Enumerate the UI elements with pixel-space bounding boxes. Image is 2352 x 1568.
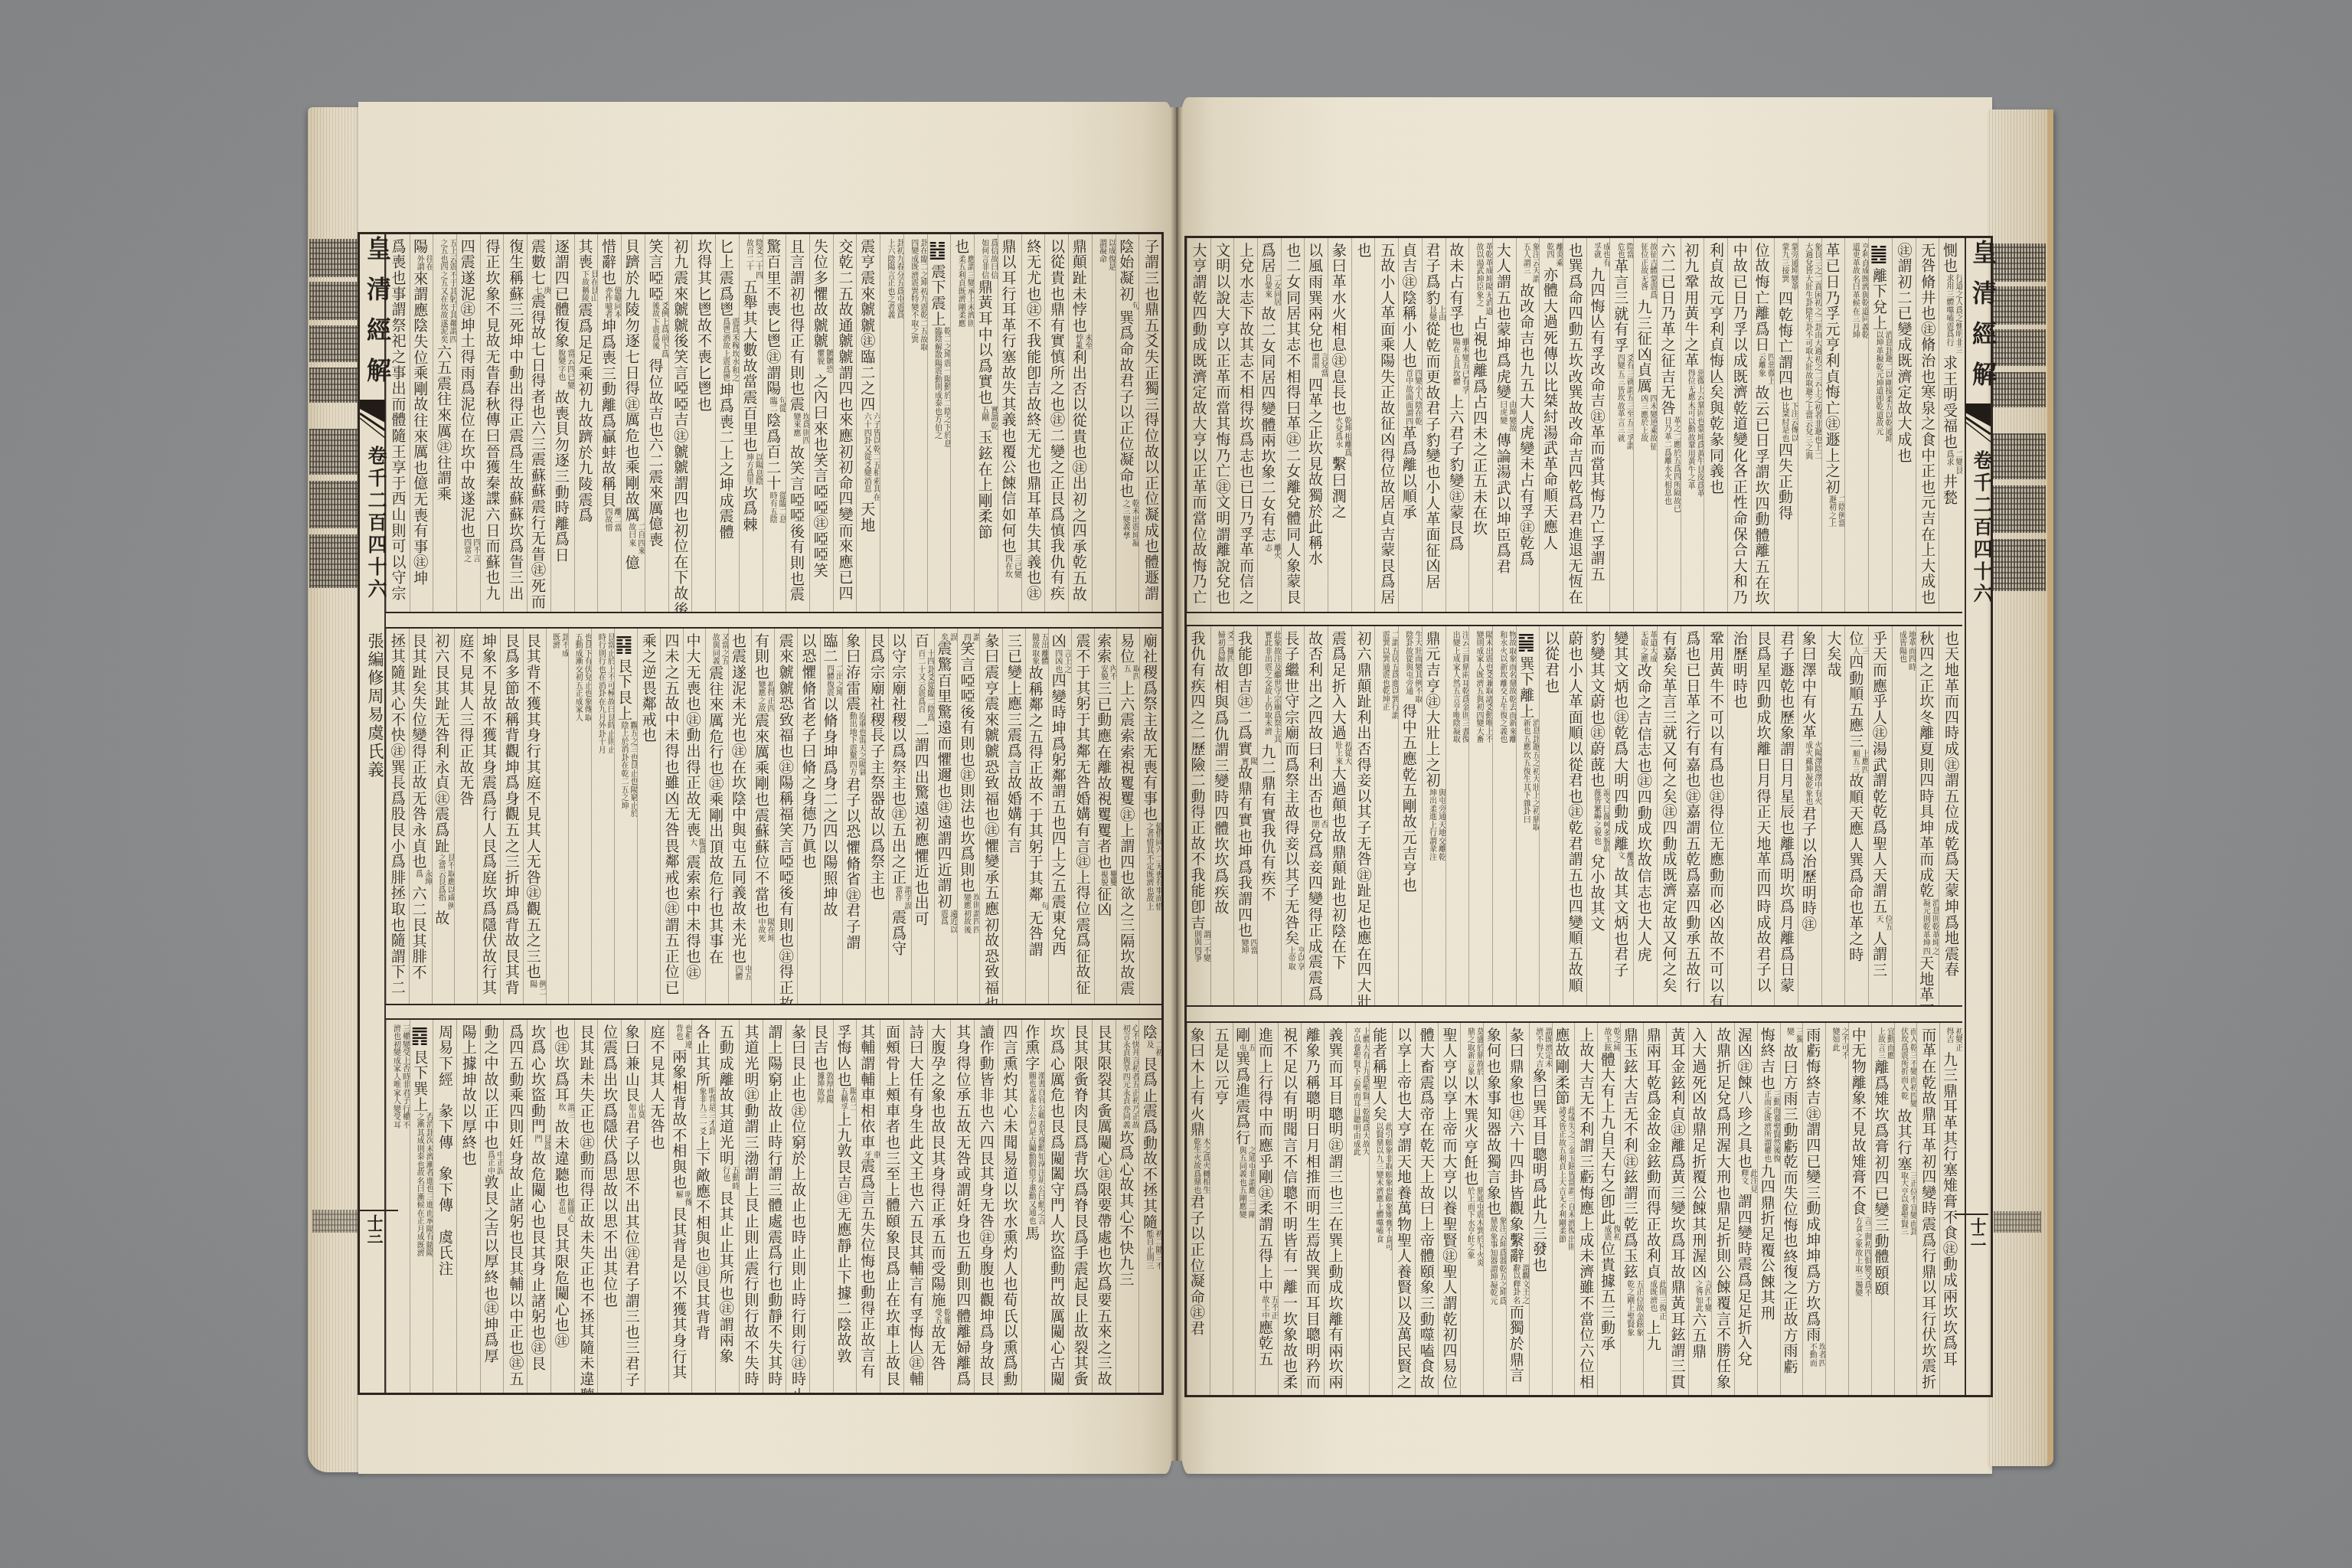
text-column: 惻也行道之人爲之惻明非三求用三體噬嗑震爲行求王明受福也二變艮爲求井甃 [1939,238,1962,612]
text-column: 蔚也小人革面順以從君也㊟乾君謂五也四變順五故順 [1563,626,1586,1005]
annotation-note: 又當之五故與同義 [710,633,728,665]
annotation-note: 明傳解 [673,1191,691,1207]
annotation-note: 言上之四凶也 [1053,649,1071,674]
annotation-note: 觀五之三也艮止也陽窮止於陰上於消卦在乾二五之坤 [619,721,637,818]
annotation-note: 也艮下有伏兌止也象傳取五動成漸交初五正成家人 [573,633,591,723]
annotation-note: 謂三坎 [556,1103,574,1119]
text-column: 貝躋於九陵勿逐七日得㊟厲危也乘剛故厲二自四來故曰來億 [621,234,645,612]
annotation-note: 言兌當謂雨 [1309,353,1328,377]
fore-edge-title-print [309,429,358,475]
fish-tail-mark-icon [1965,403,1991,445]
annotation-note: 車牙 [861,1151,880,1159]
annotation-note: 此象故注及繼世守宗廟爲祭主其實此非出震之交故上仍取未濟 [1263,631,1281,744]
fore-edge-title-print [309,325,358,362]
annotation-note: 趾腓心者也 [556,1198,574,1223]
text-column: 上兌水志下故其志不相得坎爲志也已日乃孚革而信之 [1233,238,1257,612]
text-column: 以從君也 [1539,626,1563,1005]
text-column: 艮爲星四動成坎離日月得正天地革而四時成故君子以 [1751,626,1775,1005]
text-column: 象艮三之二賁困初之二卦由大過初之二云上之初者非遯也上二大過兌皆大壯生卦陰生卦不可… [1798,238,1821,612]
text-column: 謂上陽窮止故止時行謂三體處震爲行也動靜不失其時 [763,1020,786,1393]
text-column: 讀作動皆非也六四艮其身无咎㊟身腹也觀坤爲身故艮 [974,1020,998,1393]
text-column: 利貞故元亨利貞悔亾矣與乾彖同義也 [1704,238,1727,612]
text-column: 陰始凝初句巽爲命故君子以正位凝命也乾未出震坤凝之三變義孳 [1116,234,1139,612]
text-column: 進而上行得中而應乎剛㊟柔謂五得上中五不正故上中應乾五 [1255,1023,1278,1395]
text-column: 也㊟坎爲耳謂三坎故未違聽也趾腓心者也艮其限危闚心也㊟ [550,1020,574,1393]
text-column: ䷱巽下離上消息卦遯五之初大壯上之初鼎取新也五應坎五復生其下雜卦曰 [1516,626,1540,1005]
text-column: 初六鼎顛趾利出否得妾以其子无咎㊟趾足也應在四大壯 [1351,626,1375,1005]
text-column: 蒙旁通坤變革蒙九三接巽四乾悔亡謂四也下注云傳以比桀紂是也四失正動得 [1774,238,1798,612]
hexagram-symbol-icon: ䷳ [614,633,635,658]
text-column: 治歷明時也 [1727,626,1751,1005]
annotation-note: 例二陽 [528,980,546,996]
annotation-note: 句 [1030,902,1048,910]
annotation-note: 象艮三之二賁困初之二卦由大過初之二云上之初者非遯也上二大過兌皆大壯生卦陰生卦不可… [1803,243,1821,462]
annotation-note: 當云四已變脫變字也 [556,349,574,390]
text-column: 離象乃稱聰明日月相推而明生焉故巽而耳目聰明矜而 [1301,1023,1324,1395]
text-column: 也 [1351,238,1375,612]
text-column: 中无物離象不見故雉膏不食言三與初四俱變又爲不方食之象故上取三獨變 [1848,1023,1871,1395]
annotation-note: 心不快并言初者五正初乃正故初言永貞與萃四元永貞亦同義 [1120,1024,1138,1130]
annotation-note: 否消卦次未濟漸者進也三進而承陽有隨陽之漸其成則泰也故名曰漸候在正月成既濟 [414,1112,433,1259]
text-column: 離炎乘乾四亦體大過死傳以比桀紂湯武革命順天應人 [1539,238,1563,612]
text-column: 謂既濟定未濟不得大吉象曰巽耳目聰明爲此九三發也 [1529,1023,1552,1395]
text-column: 而革在乾故鼎耳革初四變時震爲行鼎以耳行伏坎震折 [1916,1023,1939,1395]
text-column: 六二已日乃革之征吉无咎革之二應於五爲四所隔故已日乃革二爲離水火相息也 [1657,238,1681,612]
annotation-note: 陽實 [1239,757,1257,766]
text-column: 革乾革成坤陽无消道故以湯武坤臣象之占視也離爲占四未之正五未在坎 [1468,238,1492,612]
hexagram-symbol-icon: ䷴ [410,1024,432,1050]
text-column: 卦初九春分五爲屯震爲上六陰陽言正也之者義 [880,234,903,612]
annotation-note: 言三與初四俱變又爲不方食之象故上取三獨變 [1853,1217,1871,1298]
text-column: 初九鞏用黃牛之革惡微上云鞏固也蒙坤爲黃牛艮皮爲革得位无應未可以動故鞏用黃牛之革 [1681,238,1704,612]
left-bottom-register: 陰二初及艮爲止震爲動故不拯其隨初二隨三不能自止則三心不快并言初者五正初乃正故初言… [386,1018,1162,1393]
annotation-note: 三人 [1850,647,1868,655]
annotation-note: 亨以享上帝取 [1285,946,1304,971]
page-number: 十三 [363,1214,386,1242]
text-column: 乾之純故玉鉉體大有上九自天右之卽此復初成震位貴據五三動承 [1597,1023,1620,1395]
text-column: 驚百里不喪匕鬯㊟謂陽句從臨二陰爲百二十從臨二息時有五陰 [763,234,786,612]
text-column: 成也有孚就九四悔亾有孚改命吉㊟革而當其悔乃亡孚謂五 [1586,238,1610,612]
fore-edge-title-print [1992,433,2046,479]
fore-edge-title-print [309,481,358,528]
text-column: 象曰洊雷震洊重也雷天之陽氣動出地下震驚四方君子以恐懼脩省㊟君子謂 [842,629,865,1004]
text-column: 又當之五故與同義震往來厲危行也㊟乘剛出頂故危行也其事在 [705,629,728,1004]
fish-tail-mark-icon [360,400,385,441]
text-column: 黃耳金鉉利貞㊟離爲黃三變坎爲耳故鼎黃耳鉉謂三貫 [1666,1023,1689,1395]
text-column: 雨虧悔終吉㊟謂四已變三動成坤坤爲方坎爲雨坎者四不動而 [1802,1023,1825,1395]
text-column: 其喪貝在艮山下故稱陵震爲足足乘初九故躋於九陵震爲 [574,234,598,612]
text-column: 聖人亨以享上帝而大亨以養聖賢㊟聖人謂乾初四易位 [1438,1023,1461,1395]
text-column: 三權變受上否時非君子行權不濟也初變成家人唯家人變受耳 [386,1020,410,1393]
annotation-note: 二變艮爲求 [1944,450,1962,475]
annotation-note: 上由艮變 [1427,305,1445,322]
text-column: 四未之五故中未得也雖凶无咎畏鄰戒也㊟謂五正位已 [660,629,683,1004]
annotation-note: 木之爲火轉相生乾生火故爲鼎也 [1191,1138,1210,1194]
text-column: 其輔謂輔車相依車車牙震爲言五失位悔也動得正故言有 [856,1020,880,1393]
text-column: 亨利貞成既濟與乾道同義乾道更革故名曰革候在三月坤 [1844,238,1868,612]
annotation-note: 宜動而應上故言三 [1876,1027,1894,1060]
fore-edge-title-print [1992,485,2046,533]
text-column: 誤矣震驚百里驚遠而懼邇也㊟遠謂四近謂初遠近以震爲 [934,629,957,1004]
annotation-note: 此則三復正成既濟也 [1648,1280,1666,1321]
text-column: 大矣哉 [1821,626,1845,1005]
text-column: 能者稱聖人矣此引頤象非取頤象也頤象雉膏不食可以賢鼎以九三變未濟應上體噬嗑食 [1369,1023,1392,1395]
annotation-note: 五出離體隨故取象 [1030,633,1048,665]
text-column: 卦在臨二之坤初九震乾二五故取四變成既濟震巽特變不取之巽 [903,234,927,612]
text-column: 坤象不見故不獲其身震爲行人艮爲庭坎爲隱伏故行其 [477,629,500,1004]
annotation-note: 誤矣 [939,633,957,642]
annotation-note: 二初及 [1144,1040,1162,1057]
text-column: 以從貴也鼎有實慎所之也㊟二變之正艮爲慎我仇有疾 [1044,234,1068,612]
text-column: 鼎顛趾未悖也未至悖亂利出否以從貴也㊟出初之四承乾五故 [1068,234,1092,612]
text-column: 其身得位承五故无咎或謂妊身也五動則四體離婦離爲 [950,1020,974,1393]
text-column: 爲喪也事謂祭祀之事出而體隨王享于西山則可以守宗 [386,234,410,612]
annotation-note: 三正位不宜變而卦取大亨以養聖賢三 [1898,1171,1916,1236]
text-column: 我能卽吉㊟二爲實陽實故鼎有實也坤爲我謂四也四當變坤 [1233,626,1257,1005]
annotation-note: 洊重也雷天之陽氣動出地下震驚四方 [847,712,865,777]
text-column: 地革而四時成皆陽也 [1892,626,1916,1005]
text-column: 坎得其匕鬯故不喪匕鬯也 [691,234,715,612]
text-column: 鼎兩耳乾爲金故金鉉動而得正故利貞此則三復正成既濟也上九 [1643,1023,1666,1395]
gutter-fold [1171,107,1183,1461]
text-column: 五是以元亨 [1210,1023,1233,1395]
text-column: 震不于其躬于其鄰无咎婚媾有言㊟上得位震爲征故征 [1071,629,1094,1004]
text-column: ䷲震下震上乾二之坤震一陽動於二陰之下於息臨陰解散陽震動則成泰也方伯之 [927,234,951,612]
text-column: 震亨震來虩虩㊟臨二之四六子皆以乾二五相索其在六十四卦又從爻變消息天地 [856,234,880,612]
annotation-note: 三已變四在坎 [1003,554,1021,579]
right-middle-register: 也天地革而四時成㊟謂五位成乾爲天蒙坤爲地震春秋四之正坎冬離夏則四時具坤革而成乾消… [1187,625,1962,1007]
text-column: 生大壯而變其例不取陰卦故從與屯旁通得中五應乾五剛故元吉亨也 [1398,626,1422,1005]
text-column: 也巽爲命四動五坎改巽故改命吉四乾爲君進退无恆在 [1563,238,1586,612]
annotation-note: 乾未出震坤凝之三變義孳 [1120,499,1138,548]
annotation-note: 屯五四體 [733,965,751,981]
annotation-note: 下注云傳以比桀紂是也 [1779,402,1798,443]
annotation-note: 與屯旁通天地交離乾坤出柔進上行謂彖注 [1427,789,1445,861]
text-column: 彖曰艮止也㊟位窮於上故止也時止則止時行則行㊟時止 [786,1020,809,1393]
annotation-note: 應謂三變承上未濟則柔五利貞既濟剛柔應 [955,255,974,328]
text-column: 君子爲豹上由艮變從乾而更故君子豹變也小人革面征凶居 [1422,238,1445,612]
annotation-note: 注云三貫鼎兩耳乾爲金則三晝復出變上成家人然五言亨唯陰凝取 [1450,631,1468,744]
text-column: 而入乾三不變而初四變伏坎爲震所折而入乾故其行塞三正位不宜變而卦取大亨以養聖賢三 [1894,1023,1917,1395]
text-column: 貞吉㊟陰稱小人也四變小人陰在乾首中故面面謂四革爲離以順承 [1398,238,1422,612]
text-column: 注云三貫鼎兩耳乾爲金則三晝復出變上成家人然五言亨唯陰凝取 [1445,626,1469,1005]
annotation-note: 五屯 [1236,1044,1255,1052]
margin-work-title: 張編修周易虞氏義 [364,632,387,779]
annotation-note: 四當變坤 [1239,939,1257,955]
text-column: 彖曰震亨震來虩虩恐致福也㊟懼變承五應初故恐致福也 [979,629,1002,1004]
annotation-note: 止莫如山 [626,1103,645,1119]
annotation-note: 離爲文 [1615,851,1633,867]
text-column: 大腹孕之象也故艮其身得正承五而受陽施乾施受五故无咎 [927,1020,951,1393]
annotation-note: 成也有孚就 [1591,243,1609,267]
text-column: 彖曰鼎象也㊟六十四卦皆觀象繫辭謂觀文王之辭以釋卦名而獨於鼎言 [1506,1023,1529,1395]
annotation-note: 未至悖亂 [1073,334,1092,350]
text-column: 爻二據四婦初爲婦故相與爲仇謂三變時四體坎坎爲疾故 [1210,626,1234,1005]
fore-edge-title-print [309,534,358,588]
annotation-note: 初二隨三不能自止則三 [1144,1230,1162,1270]
text-column: 四震遂泥㊟坤土得雨爲泥位在坎中故遂泥也四不言四當之 [456,234,480,612]
annotation-note: 從臨二息時有五陰 [767,492,786,524]
annotation-note: 坎則謂四四變應初故後 [961,893,979,934]
annotation-note: 莫盛於鼎故於鼎之取新言象 [1465,1027,1483,1076]
text-column: ䷴艮下巽上否消卦次未濟漸者進也三進而承陽有隨陽之漸其成則泰也故名曰漸候在正月成既… [410,1020,433,1393]
text-column: 五動成離故其道光明五動時行也艮其止止其所也㊟謂兩象 [715,1020,739,1393]
annotation-note: 初得正四變應之故 [756,681,774,713]
text-column: 大人謂五也蒙坤爲虎變由坤變故曰虎變傳論湯武以坤臣爲君 [1492,238,1516,612]
text-column: 有則也初得正四變應之故震來厲乘剛也震蘇蘇位不當也陽在坤中故死 [751,629,774,1004]
annotation-note: 消息卦遯二以剛接柔五以乾通坤以坤革擬乾元坤道卽乾道故元 [1873,331,1892,444]
text-column: 五上云震不于其躬于其鄰謂四之五也四之五又在坎故遂泥矣六五震往來厲㊟往謂乘 [433,234,456,612]
text-column: 心不快并言初者五正初乃正故初言永貞與萃四元永貞亦同義坎爲心故其心不快九三 [1116,1020,1139,1393]
annotation-note: 際當危也 [1615,243,1633,259]
text-column: 應故剛柔節此成失之三金玉鉉皆當謂三自未濟復出則諸爻皆正故五利貞上大吉无不利剛柔節 [1552,1023,1575,1395]
annotation-note: 陰爻二十四故百二十 [744,239,763,279]
text-column: 初九震來虩虩後笑言啞啞吉㊟虩虩謂四也初位在下故後 [668,234,692,612]
annotation-note: 行道之人爲之惻明非三求用三體噬嗑震爲行 [1944,274,1962,355]
text-column: 孚悔亾也陽在二五稱孚上九敦艮吉㊟无應靜止下據二陰故敦 [833,1020,857,1393]
text-column: 拯其隨其心不快㊟巽長爲股艮小爲腓拯取也隨謂下二 [386,629,409,1004]
page-number: 十二 [1966,1217,1989,1245]
annotation-note: 離二當四故惜 [603,508,621,532]
text-column: 五故小人革面乘陽失正故征凶得位故居貞吉蒙艮爲居 [1374,238,1398,612]
annotation-note: 革道大成无取之應 [1638,631,1657,663]
text-column: 凶言上之四凶也四變時坤爲躬鄰謂五也四上之五震東兌西 [1048,629,1071,1004]
text-column: 陰爻二十四故百二十五舉其大數故當震百里也以陽息陰坤方爲里坎爲棘 [739,234,763,612]
annotation-note: 虩虩恐懼貌 [815,349,833,374]
text-column: 惜辭也億噫同本亦作噫者坤爲喪三動離爲贏蚌故稱貝離二當四故惜 [597,234,621,612]
text-column: 震爲足折入大過初從大壯上來大過顛也故鼎顛趾也初陰在下 [1328,626,1351,1005]
text-column: 莫盛於鼎故於鼎之取新言象以木巽火亨飪也鼎通屯震木巽於下火炎於上而下水亨飪之象 [1460,1023,1483,1395]
annotation-note: 實謂乾五剛 [979,406,998,430]
annotation-note: 十四卦爻從臨二陰爲百二十又云震爲百 [916,649,934,722]
text-column: 以享上帝也大亨謂天地養萬物聖人養賢以及萬民賢之 [1392,1023,1415,1395]
text-column: 艮吉也敦厚也陽據坤故厚 [809,1020,833,1393]
text-column: 謂四笑言啞啞後有則也㊟則法也坎爲則也坎則謂四四變應初故後 [957,629,980,1004]
text-column: 物故取象而名鼎故乾去而新來離和水火以新坎離交五生復之義也 [1492,626,1516,1005]
annotation-note: 象注云天謂五人謂三 [1521,243,1539,283]
text-column: 豹變其文蔚也㊟蔚蔇也說文曰蔇艸多貌蔚蔇皆繁縟之貌也兌小故其文 [1586,626,1610,1005]
annotation-note: 乾二之坤震一陽動於二陰之下於息臨陰解散陽震動則成泰也方伯之 [932,327,950,449]
annotation-note: 謂二不變則與四爭 [1192,930,1210,962]
text-column: 體大畜震爲帝在乾天上故曰上帝體頤象三動噬嗑食故 [1415,1023,1438,1395]
text-column: 艮其背不獲其身行其庭不見其人无咎㊟觀五之三也例二陽 [523,629,546,1004]
text-column: 位故悔亡離爲日四惡微上云離象故云已日孚謂坎四動體離五在坎 [1751,238,1775,612]
text-column: 陽上據坤故以厚終也 [456,1020,480,1393]
annotation-note: 此引頤象非取頤象也頤象雉膏不食可以賢鼎以九三變未濟應上體噬嗑食 [1374,1122,1392,1253]
text-column: 故鼎折足兌爲刑渥大刑也鼎足折則公餗覆言不勝任象 [1711,1023,1734,1395]
text-column: 臨二二出之坤四體復震以脩身坤爲身二之四以陽照坤故 [820,629,843,1004]
annotation-note: 三動而養聖賢然後復正而定既濟所謂權也 [1762,1090,1780,1163]
text-column: 也艮下有伏兌止也象傳取五動成漸交初五正成家人 [568,629,591,1004]
text-column: 子謂三也鼎五爻失正獨三得位故以正位凝成也體遯謂 [1138,234,1162,612]
annotation-note: 謂觀文王之辭以釋卦名 [1511,1264,1529,1305]
text-column: 上體大有上九爲聖賢三乾陽爲大故大亨以養聖賢下云巽而耳目聰明由成此 [1346,1023,1369,1395]
text-column: 艮其趾矣失位變得正故无咎永貞也永坤爲六二艮其腓不 [409,629,432,1004]
text-column: 乘之逆畏鄰戒也 [637,629,660,1004]
text-column: 震來虩虩恐致福也㊟陽稱福笑言啞啞後有則也㊟得正故 [774,629,797,1004]
fore-edge-page-print [1994,1211,2041,1233]
text-column: 此象故注及繼世守宗廟爲祭主其實此非出震之交故上仍取未濟九二鼎有實我仇有疾不 [1257,626,1281,1005]
text-column: 彖曰革水火相息㊟息長也乾坤相離爲火兌爲水繫曰潤之 [1328,238,1351,612]
annotation-note: 生大壯而變其例不取陰卦故從與屯旁通 [1403,631,1422,704]
annotation-note: 遠近以震爲 [939,910,957,934]
text-column: 際當危也革言三就有孚爻有三就謂五三至五三孚謂四變五三皆坎故革言三就 [1609,238,1633,612]
text-column: 鼎玉鉉大吉无不利㊟鉉謂三乾爲玉鉉五正位故金鉉象乾之剛上聖賢象 [1620,1023,1643,1395]
annotation-note: 復初成震 [1602,1225,1620,1241]
annotation-note: 四惡微上云離象 [1756,353,1774,385]
text-column: 卦不成既濟 [546,629,569,1004]
annotation-note: 億惜同六二无喪有事而惜之者惜其不定既濟也故上 [1144,822,1162,912]
text-column: 艮當止於上不可極故曰艮時止則止時行則行也在消卦在九月外卦十月 [591,629,614,1004]
annotation-note: 艮當止於上不可極故曰艮時止則止時行則行也在消卦在九月外卦十月 [596,633,614,755]
annotation-note: 二出之坤四體復震 [824,665,842,697]
text-column: 鞏用黃牛不可以有爲也㊟得位无應動而必凶故不可以有 [1704,626,1727,1005]
annotation-note: 雖未變五已有孚陽在五具坎體 [1450,338,1468,394]
text-column: 面頰骨上頰車者也三至上體頤象艮爲止在坎車上故艮 [880,1020,903,1393]
text-column: 大亨謂乾四動成既濟定故大亨以正革而當位故悔乃亡 [1187,238,1210,612]
text-column: 廟社稷爲祭主故无喪有事也億惜同六二无喪有事而惜之者惜其不定既濟也故上 [1139,629,1162,1004]
text-column: 視不足以有明聞言不信聰不明皆有一離一坎象故也柔 [1278,1023,1301,1395]
text-column: 象曰兼山艮止莫如山君子以思不出其位㊟君子謂三也三君子 [621,1020,645,1393]
annotation-note: 以陽息陰坤方爲里 [744,453,763,485]
text-column: 象何也象事知器故獨言象也象注云坤爲器乾五之坤爲鼎故象事知器謂坤凝乾元 [1483,1023,1506,1395]
text-column: 中大无喪也㊟動出得正故无喪陽爲大震索索中未得也㊟ [683,629,706,1004]
annotation-note: 謂四 [961,633,979,642]
annotation-note: 四未變逆乘故征凶三應於上故 [1638,394,1657,451]
text-column: 長子繼世守宗廟而爲祭主故得妾以其子无咎矣亨以享上帝取 [1281,626,1305,1005]
annotation-note: 上體大有上九爲聖賢三乾陽爲大故大亨以養聖賢下云巽而耳目聰明由成此 [1351,1027,1369,1158]
text-column: 爲四五動乘四則妊身故止諸躬也艮其輔以中正也㊟五 [503,1020,527,1393]
annotation-note: 謂字誤當作 [893,886,911,910]
text-column: 故未占有孚也雖未變五已有孚陽在五具坎體上六君子豹變㊟蒙艮爲 [1445,238,1469,612]
text-column: 索索內不安貌三已動應在離故視矍矍者也矍矍視貌征凶 [1094,629,1117,1004]
text-column: 君子遯乾也歷象謂日月星辰也離爲明坎爲月離爲日蒙 [1774,626,1798,1005]
text-column: 位三人四動順五應三上應四順五三故順天應人巽爲命也革之時 [1844,626,1868,1005]
annotation-note: 上應四順五三 [1850,750,1868,774]
annotation-note: 坎者四不動而 [1807,1343,1825,1367]
annotation-note: 永坤爲 [413,870,432,886]
text-column: 終无尤也㊟不我能卽吉故終无尤也鼎耳革失其義也㊟ [1021,234,1045,612]
margin-title: 皇清經解 [1965,240,2001,402]
fore-edge-title-print [1992,539,2046,591]
annotation-note: 乾施受五 [932,1308,950,1325]
text-column: 笑言啞啞爻例上爲前下爲後故下震爲後得位故吉也六二震來厲億喪 [645,234,668,612]
annotation-note: 二謂五居五爲進以巽行謂震巽以巽通震也乾坤正 [1380,631,1398,720]
annotation-note: 亨利貞成既濟與乾道同義乾道更革故名曰革候在三月坤 [1850,243,1868,340]
annotation-note: 爻有三就謂五三至五三孚謂四變五三皆坎故革言三就 [1615,354,1633,451]
text-column: 易位取四五上六震索索視矍矍㊟上謂四也欲之三隔坎故震 [1116,629,1139,1004]
text-column: 其道光明㊟動謂三渤謂上艮止則止震行則行故不失時 [739,1020,763,1393]
text-column: 初六艮其趾无咎利永貞㊟震爲趾艮不取應以咸例之當云艮爲指故 [432,629,455,1004]
text-column: 也二女同居其志不相得曰革㊟二女離兌體同人象蒙艮 [1281,238,1305,612]
text-column: 革已日乃孚元亨利貞悔亡㊟遯上之初二陰例當遯初之上 [1821,238,1845,612]
annotation-note: 而入乾三不變而初四變伏坎爲震所折而入乾 [1898,1027,1916,1109]
text-column: 坎爲心坎盜動門艮爲門故危闚心也艮其身止諸躬也㊟艮 [527,1020,550,1393]
text-column: 坎爲心厲危也艮爲闚闔守門人坎盜動門故厲闚心古闚 [1044,1020,1068,1393]
annotation-note: 此注見釋文 [1739,1169,1757,1194]
annotation-note: 明背是三才卦象非九三一爻 [697,1087,715,1136]
annotation-note: 也相違背也 [673,1024,691,1049]
annotation-note: 庚七 [532,286,550,295]
text-column: 各止其所明背是三才卦象非九三一爻上下敵應不相與也㊟艮其背背 [691,1020,715,1393]
text-column: 故否利出之四故曰利出否也否閉兌爲妾四變得正成震震爲 [1304,626,1328,1005]
fore-edge-title-print [309,282,358,320]
text-column: 震數七庚七震得故七日得者也六三震蘇蘇震行无眚㊟死而 [527,234,550,612]
text-column: 艮其限夤脊肉艮爲背坎爲脊艮爲手震起艮止故裂其夤 [1068,1020,1092,1393]
annotation-note: 漢書百官公卿表光祿勳如淳注胡公曰勳之言閽也光祿主公門是古闚勳假借字熏勳又通也 [1026,1072,1044,1226]
text-column: 文明以說大亨以正革而當其悔乃亡㊟文明謂離說兌也 [1210,238,1234,612]
text-column: 逐謂四已體復象當云四已變脫變字也故喪貝勿逐三動時離爲日 [550,234,574,612]
annotation-note: 初變正得吉 [1944,1027,1962,1052]
annotation-note: 艮不取應以咸例之當云艮爲指 [436,854,454,910]
text-column: 以成復是謂凝命 [1092,234,1116,612]
annotation-note: 之通屯非謂應二二剛與五同義也五剛應變 [1236,1146,1255,1219]
annotation-note: 卦初九春分五爲屯震爲上六陰陽言正也之者義 [885,239,903,320]
text-column: 得正坎象不見故无眚春秋傳曰晉獲秦諜六日而蘇也九 [480,234,504,612]
annotation-note: 卦在臨二之坤初九震乾二五故取四變成既濟震巽特變不取之巽 [909,239,927,352]
text-column: 且言謂初也得正有則也震坎爲則四變來應故笑言啞啞後有則也震 [786,234,809,612]
annotation-note: 此成失之三金玉鉉皆當謂三自未濟復出則諸爻皆正故五利貞上大吉无不利剛柔節 [1556,1106,1574,1253]
text-column: 鼎元吉亨㊟大壯上之初與屯旁通天地交離乾坤出柔進上行謂彖注 [1422,626,1445,1005]
annotation-note: 爻例上爲前下爲後故下震爲後 [650,302,668,358]
hexagram-symbol-icon: ䷲ [927,239,949,264]
hexagram-symbol-icon: ䷱ [1516,631,1538,656]
annotation-note: 三權變受上否時非君子行權不濟也初變成家人唯家人變受耳 [391,1024,410,1130]
annotation-note: 由坤變故曰虎變 [1498,400,1516,433]
annotation-note: 內不安貌 [1098,665,1116,681]
text-column: 以風雨巽兩兌也言兌當謂雨四革之正坎見故獨於此稱水 [1304,238,1328,612]
annotation-note: 矍矍視貌 [1098,871,1116,887]
annotation-note: 億噫同本亦作噫者 [603,286,621,318]
text-column: 爲也已日革之行有嘉也㊟嘉謂五乾爲嘉四動承五故行 [1681,626,1704,1005]
text-column: 位震爲出坎爲隱伏爲思故以思不出其位也 [597,1020,621,1393]
annotation-note: 陽未出震也爻兼取諸爻動唯上不變則成家人既濟五與初四變大畜 [1474,631,1492,744]
annotation-note: 卦不成既濟 [550,633,568,658]
text-column: 四言熏灼其心未聞易道以坎水熏灼人也荀氏以熏爲勳 [998,1020,1021,1393]
annotation-note: 五動時行也 [720,1166,739,1191]
text-column: 庭不見其人三得正故无咎 [454,629,477,1004]
text-column: 庭不見其人无咎也 [645,1020,668,1393]
text-column: 義巽而耳目聰明㊟謂三也三在巽上動成坎離有兩坎兩 [1324,1023,1347,1395]
annotation-note: 陽在二五稱孚 [838,1087,856,1112]
annotation-note: 震爲禾稼坎水和之爲鬯酒故上震爲鬯 [720,318,739,383]
annotation-note: 鼎通屯震木巽於下火炎於上而下水亨飪之象 [1465,1187,1483,1268]
text-column: 上故大吉无不利謂三虧悔應上成未濟雖不當位六位相 [1574,1023,1597,1395]
annotation-note: 之不可不變如此 [1830,1027,1848,1060]
annotation-note: 二女同居自蒙來 [1263,274,1281,306]
text-column: 動之中故以正中也中正誤爲正中敦艮之吉以厚終也㊟坤爲厚 [480,1020,504,1393]
text-column: 艮其限裂其夤厲闚心㊟限要帶處也坎爲要五來之三故 [1092,1020,1116,1393]
annotation-note: 取四五 [1121,665,1139,681]
text-column: 初變正得吉九三鼎耳革其行塞雉膏不食㊟動成兩坎坎爲耳 [1939,1023,1962,1395]
text-column: 匕上震爲鬯震爲禾稼坎水和之爲鬯酒故上震爲鬯坤爲喪二上之坤成震體 [715,234,739,612]
text-column: 三已變上應三震爲言故婚媾有言 [1002,629,1025,1004]
annotation-note: 以成復是謂凝命 [1097,239,1116,271]
text-column: 艮爲多節故稱背觀坤爲身觀五之三折坤爲背故艮其背 [500,629,523,1004]
text-column: 爲信故曰信如何言非信鼎黃耳中以爲實也實謂乾五剛玉鉉在上剛柔節 [974,234,998,612]
text-column: 剛五屯巽爲進震爲行之通屯非謂應二二剛與五同義也五剛應變 [1233,1023,1256,1395]
annotation-note: 五上云震不于其躬于其鄰謂四之五也四之五又在坎故遂泥矣 [438,239,456,345]
annotation-note: 火陽澤陰澤中有火成火藏坤凝乾象也 [1803,741,1821,806]
text-column: 變其文炳也㊟乾爲大明四動成離離爲文故其文炳也君子 [1609,626,1633,1005]
text-column: 故征吉體蒙震爲征位正故无咎九三征凶貞厲四未變逆乘故征凶三應於上故 [1633,238,1657,612]
text-column: 象注云天謂五人謂三故改命吉也九五大人虎變未占有孚㊟乾爲 [1516,238,1540,612]
annotation-note: 革乾革成坤陽无消道故以湯武坤臣象之 [1474,243,1492,315]
text-column: 陽未出震也爻兼取諸爻動唯上不變則成家人既濟五與初四變大畜 [1468,626,1492,1005]
annotation-note: 物故取象而名鼎故乾去而新來離和水火以新坎離交五生復之義也 [1498,631,1516,744]
text-column: 渥凶㊟餗八珍之具也此注見釋文謂四變時震爲足足折入兌 [1734,1023,1757,1395]
annotation-note: 地革而四時成皆陽也 [1897,631,1916,671]
